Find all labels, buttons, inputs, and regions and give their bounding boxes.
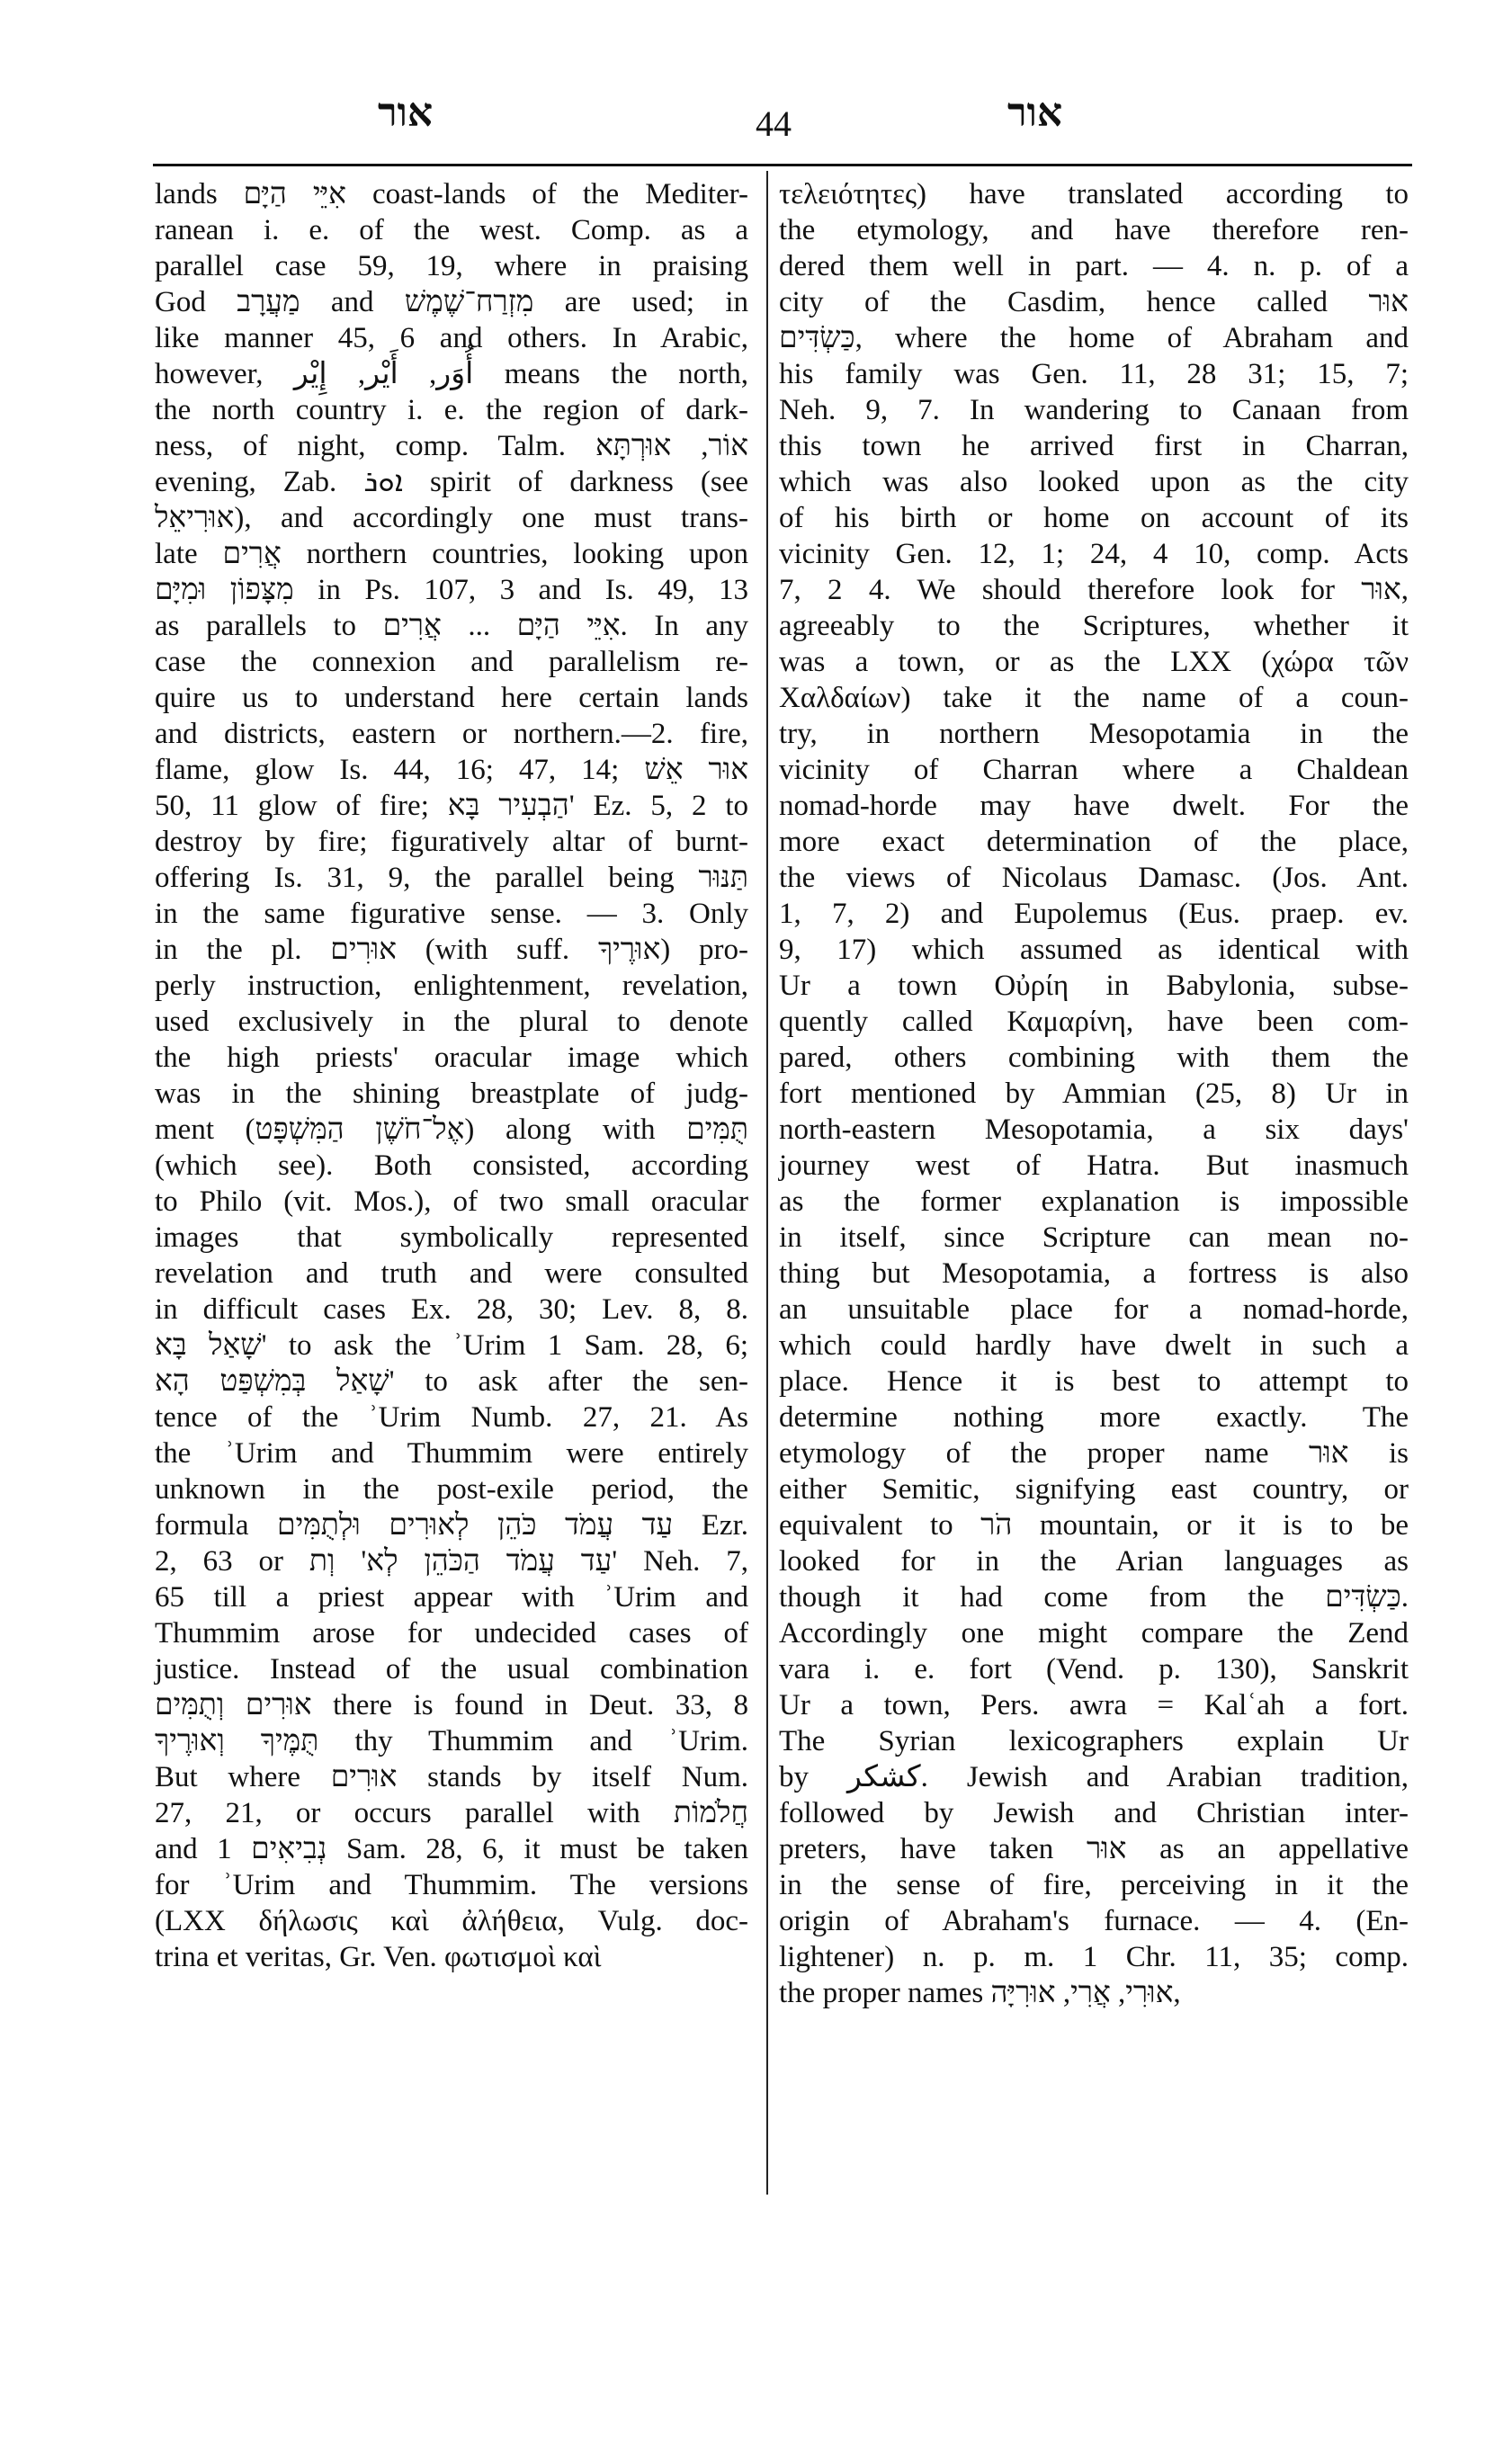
text-line: offering Is. 31, 9, the parallel being ת… <box>155 860 748 896</box>
text-line: the etymology, and have therefore ren- <box>779 212 1409 248</box>
text-line: Χαλδαίων) take it the name of a coun- <box>779 680 1409 716</box>
text-line: 9, 17) which assumed as identical with <box>779 932 1409 968</box>
text-line: vicinity of Charran where a Chaldean <box>779 752 1409 788</box>
text-line: ment (אֶל־חֹשֶׁן הַמִּשְׁפָּט) along wit… <box>155 1112 748 1148</box>
page-header: אור 44 אור <box>144 90 1403 162</box>
text-line: to Philo (vit. Mos.), of two small oracu… <box>155 1184 748 1220</box>
text-line: looked for in the Arian languages as <box>779 1543 1409 1579</box>
text-line: in the same figurative sense. — 3. Only <box>155 896 748 932</box>
text-line: equivalent to הֹר mountain, or it is to … <box>779 1507 1409 1543</box>
text-line: flame, glow Is. 44, 16; 47, 14; אוּר אֵש… <box>155 752 748 788</box>
text-line: this town he arrived first in Charran, <box>779 428 1409 464</box>
text-line: evening, Zab. ܐܘܪ spirit of darkness (se… <box>155 464 748 500</box>
text-line: agreeably to the Scriptures, whether it <box>779 608 1409 644</box>
text-line: nomad-horde may have dwelt. For the <box>779 788 1409 824</box>
text-line: (which see). Both consisted, according <box>155 1148 748 1184</box>
text-line: of his birth or home on account of its <box>779 500 1409 536</box>
text-line: in difficult cases Ex. 28, 30; Lev. 8, 8… <box>155 1292 748 1328</box>
text-line: pared, others combining with them the <box>779 1040 1409 1076</box>
text-line: מִצָּפוֹן וּמִיָּם in Ps. 107, 3 and Is.… <box>155 572 748 608</box>
text-line: revelation and truth and were consulted <box>155 1256 748 1292</box>
text-line: and נְבִיאִים 1 Sam. 28, 6, it must be t… <box>155 1831 748 1867</box>
column-divider <box>766 171 768 2195</box>
text-line: city of the Casdim, hence called אוּר <box>779 284 1409 320</box>
text-line: the views of Nicolaus Damasc. (Jos. Ant. <box>779 860 1409 896</box>
text-line: journey west of Hatra. But inasmuch <box>779 1148 1409 1184</box>
text-line: parallel case 59, 19, where in praising <box>155 248 748 284</box>
header-rule <box>153 164 1412 166</box>
text-line: כַּשְׂדִּים, where the home of Abraham a… <box>779 320 1409 356</box>
text-line: the proper names אוּרִי, אֲרִי, אוּרִיָּ… <box>779 1975 1409 2011</box>
text-line: like manner 45, 6 and others. In Arabic, <box>155 320 748 356</box>
text-line: an unsuitable place for a nomad-horde, <box>779 1292 1409 1328</box>
text-line: quire us to understand here certain land… <box>155 680 748 716</box>
text-line: ness, of night, comp. Talm. אוֹר, אוּרְת… <box>155 428 748 464</box>
text-line: preters, have taken אוּר as an appellati… <box>779 1831 1409 1867</box>
text-line: determine nothing more exactly. The <box>779 1399 1409 1435</box>
text-line: τελειότητες) have translated according t… <box>779 176 1409 212</box>
text-line: vicinity Gen. 12, 1; 24, 4 10, comp. Act… <box>779 536 1409 572</box>
text-line: quently called Καμαρίνη, have been com- <box>779 1004 1409 1040</box>
text-line: was a town, or as the LXX (χώρα τῶν <box>779 644 1409 680</box>
text-line: as the former explanation is impossible <box>779 1184 1409 1220</box>
text-line: try, in northern Mesopotamia in the <box>779 716 1409 752</box>
text-line: place. Hence it is best to attempt to <box>779 1364 1409 1399</box>
text-line: אוּרִיאֵל), and accordingly one must tra… <box>155 500 748 536</box>
text-line: But where אוּרִים stands by itself Num. <box>155 1759 748 1795</box>
right-column: τελειότητες) have translated according t… <box>779 176 1409 2011</box>
text-line: vara i. e. fort (Vend. p. 130), Sanskrit <box>779 1651 1409 1687</box>
text-line: etymology of the proper name אוּר is <box>779 1435 1409 1471</box>
text-line: in the pl. אוּרִים (with suff. אוּרֶיךָ)… <box>155 932 748 968</box>
text-line: formula עַד עֲמֹד כֹּהֵן לְאוּרִים וּלְת… <box>155 1507 748 1543</box>
left-column: lands אִיֵּי הַיָּם coast-lands of the M… <box>155 176 748 1975</box>
text-line: lands אִיֵּי הַיָּם coast-lands of the M… <box>155 176 748 212</box>
text-line: lightener) n. p. m. 1 Chr. 11, 35; comp. <box>779 1939 1409 1975</box>
text-line: destroy by fire; figuratively altar of b… <box>155 824 748 860</box>
text-line: perly instruction, enlightenment, revela… <box>155 968 748 1004</box>
text-line: 2, 63 or עַד עֲמֹד הַכֹּהֵן לְא' וְת' Ne… <box>155 1543 748 1579</box>
running-headword-right: אור <box>1007 90 1062 136</box>
text-line: unknown in the post-exile period, the <box>155 1471 748 1507</box>
text-line: שָׁאַל בָּא' to ask the ʾUrim 1 Sam. 28,… <box>155 1328 748 1364</box>
text-line: in the sense of fire, perceiving in it t… <box>779 1867 1409 1903</box>
text-line: שָׁאַל בְּמִשְׁפַּט הָא' to ask after th… <box>155 1364 748 1399</box>
text-line: 1, 7, 2) and Eupolemus (Eus. praep. ev. <box>779 896 1409 932</box>
text-line: Thummim arose for undecided cases of <box>155 1615 748 1651</box>
text-line: and districts, eastern or northern.—2. f… <box>155 716 748 752</box>
text-line: Accordingly one might compare the Zend <box>779 1615 1409 1651</box>
text-line: Ur a town Οὐρίη in Babylonia, subse- <box>779 968 1409 1004</box>
text-line: the high priests' oracular image which <box>155 1040 748 1076</box>
text-line: dered them well in part. — 4. n. p. of a <box>779 248 1409 284</box>
text-line: fort mentioned by Ammian (25, 8) Ur in <box>779 1076 1409 1112</box>
text-line: origin of Abraham's furnace. — 4. (En- <box>779 1903 1409 1939</box>
text-line: which could hardly have dwelt in such a <box>779 1328 1409 1364</box>
text-line: God מַעֲרָב and מִזְרַח־שֶׁמֶשׁ are used… <box>155 284 748 320</box>
text-line: ranean i. e. of the west. Comp. as a <box>155 212 748 248</box>
text-line: justice. Instead of the usual combinatio… <box>155 1651 748 1687</box>
text-line: Ur a town, Pers. awra = Kalʿah a fort. <box>779 1687 1409 1723</box>
text-line: was in the shining breastplate of judg- <box>155 1076 748 1112</box>
text-line: in itself, since Scripture can mean no- <box>779 1220 1409 1256</box>
text-line: 65 till a priest appear with ʾUrim and <box>155 1579 748 1615</box>
running-headword-left: אור <box>378 90 433 136</box>
text-line: 50, 11 glow of fire; הַבְעִיר בָּא' Ez. … <box>155 788 748 824</box>
text-line: 27, 21, or occurs parallel with חֲלֹמוֹת <box>155 1795 748 1831</box>
text-line: trina et veritas, Gr. Ven. φωτισμοὶ καὶ <box>155 1939 748 1975</box>
text-line: Neh. 9, 7. In wandering to Canaan from <box>779 392 1409 428</box>
text-line: images that symbolically represented <box>155 1220 748 1256</box>
text-line: used exclusively in the plural to denote <box>155 1004 748 1040</box>
page-number: 44 <box>756 103 792 145</box>
text-line: which was also looked upon as the city <box>779 464 1409 500</box>
text-line: תֻּמֶּיךָ וְאוּרֶיךָ thy Thummim and ʾUr… <box>155 1723 748 1759</box>
text-line: thing but Mesopotamia, a fortress is als… <box>779 1256 1409 1292</box>
text-line: the north country i. e. the region of da… <box>155 392 748 428</box>
text-line: אוּרִים וְתֻמִּים there is found in Deut… <box>155 1687 748 1723</box>
text-line: late אֲרִים northern countries, looking … <box>155 536 748 572</box>
text-line: 7, 2 4. We should therefore look for אוּ… <box>779 572 1409 608</box>
text-line: followed by Jewish and Christian inter- <box>779 1795 1409 1831</box>
text-line: more exact determination of the place, <box>779 824 1409 860</box>
text-line: as parallels to אִיֵּי הַיָּם ... אֲרִים… <box>155 608 748 644</box>
text-line: north-eastern Mesopotamia, a six days' <box>779 1112 1409 1148</box>
text-line: by كشكر. Jewish and Arabian tradition, <box>779 1759 1409 1795</box>
text-line: however, أُوَر, أَيْر, إِيْر means the n… <box>155 356 748 392</box>
text-line: The Syrian lexicographers explain Ur <box>779 1723 1409 1759</box>
text-line: either Semitic, signifying east country,… <box>779 1471 1409 1507</box>
text-line: for ʾUrim and Thummim. The versions <box>155 1867 748 1903</box>
text-line: though it had come from the כַּשְׂדִּים. <box>779 1579 1409 1615</box>
text-line: tence of the ʾUrim Numb. 27, 21. As <box>155 1399 748 1435</box>
text-line: case the connexion and parallelism re- <box>155 644 748 680</box>
text-line: his family was Gen. 11, 28 31; 15, 7; <box>779 356 1409 392</box>
text-line: the ʾUrim and Thummim were entirely <box>155 1435 748 1471</box>
text-line: (LXX δήλωσις καὶ ἀλήθεια, Vulg. doc- <box>155 1903 748 1939</box>
